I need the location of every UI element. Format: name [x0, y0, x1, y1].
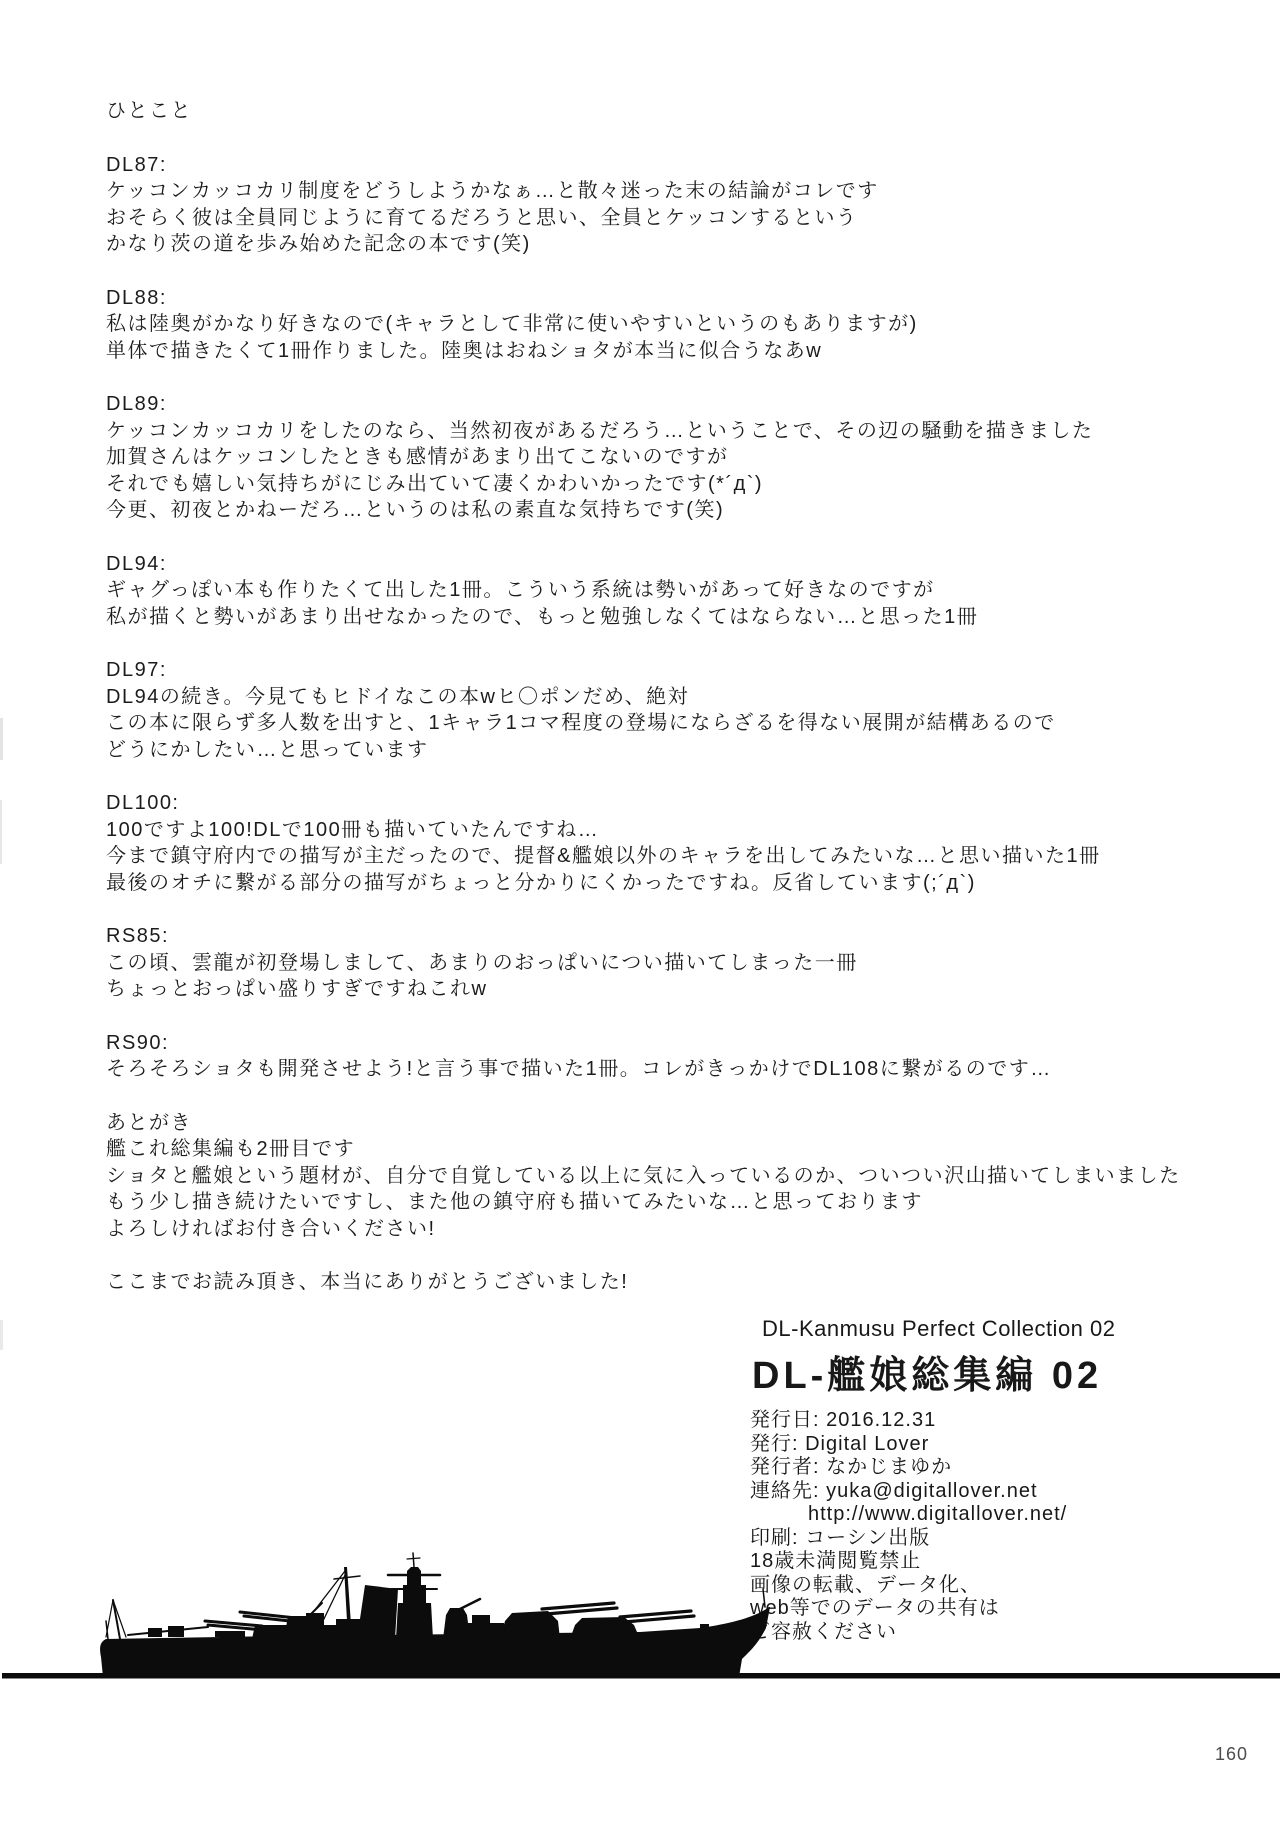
page-heading: ひとこと	[106, 98, 1196, 125]
comment-line: それでも嬉しい気持ちがにじみ出ていて凄くかわいかったです(*´д`)	[106, 471, 1196, 498]
afterword-label: あとがき	[106, 1110, 1196, 1137]
colophon-author: 発行者: なかじまゆか	[750, 1456, 1116, 1480]
afterword-section: あとがき 艦これ総集編も2冊目です ショタと艦娘という題材が、自分で自覚している…	[106, 1110, 1196, 1243]
comment-label: DL88:	[106, 285, 1196, 312]
colophon-publisher: 発行: Digital Lover	[750, 1433, 1116, 1457]
closing-thanks-section: ここまでお読み頂き、本当にありがとうございました!	[106, 1269, 1196, 1296]
comment-line: ケッコンカッコカリ制度をどうしようかなぁ…と散々迷った末の結論がコレです	[106, 178, 1196, 205]
comment-line: ギャグっぽい本も作りたくて出した1冊。こういう系統は勢いがあって好きなのですが	[106, 577, 1196, 604]
comment-line: 今まで鎮守府内での描写が主だったので、提督&艦娘以外のキャラを出してみたいな…と…	[106, 843, 1196, 870]
comment-rs90: RS90: そろそろショタも開発させよう!と言う事で描いた1冊。コレがきっかけで…	[106, 1030, 1196, 1083]
comment-label: RS90:	[106, 1030, 1196, 1057]
comment-line: ちょっとおっぱい盛りすぎですねこれw	[106, 976, 1196, 1003]
comment-label: DL100:	[106, 790, 1196, 817]
comment-label: DL97:	[106, 657, 1196, 684]
comment-line: この頃、雲龍が初登場しまして、あまりのおっぱいについ描いてしまった一冊	[106, 950, 1196, 977]
comment-dl88: DL88: 私は陸奥がかなり好きなので(キャラとして非常に使いやすいというのもあ…	[106, 285, 1196, 365]
comment-dl87: DL87: ケッコンカッコカリ制度をどうしようかなぁ…と散々迷った末の結論がコレ…	[106, 152, 1196, 258]
comment-label: DL87:	[106, 152, 1196, 179]
comment-line: 私が描くと勢いがあまり出せなかったので、もっと勉強しなくてはならない…と思った1…	[106, 604, 1196, 631]
scan-artifact	[0, 718, 3, 760]
comment-dl94: DL94: ギャグっぽい本も作りたくて出した1冊。こういう系統は勢いがあって好き…	[106, 551, 1196, 631]
closing-thanks: ここまでお読み頂き、本当にありがとうございました!	[106, 1269, 1196, 1296]
colophon-publish-date: 発行日: 2016.12.31	[750, 1409, 1116, 1433]
comment-label: DL89:	[106, 391, 1196, 418]
comment-line: 加賀さんはケッコンしたときも感情があまり出てこないのですが	[106, 444, 1196, 471]
afterword-line: 艦これ総集編も2冊目です	[106, 1136, 1196, 1163]
ship-funnel	[357, 1585, 398, 1639]
comment-line: そろそろショタも開発させよう!と言う事で描いた1冊。コレがきっかけでDL108に…	[106, 1056, 1196, 1083]
comment-dl100: DL100: 100ですよ100!DLで100冊も描いていたんですね… 今まで鎮…	[106, 790, 1196, 896]
comment-line: どうにかしたい…と思っています	[106, 737, 1196, 764]
book-title-jp: DL-艦娘総集編 02	[752, 1344, 1116, 1399]
scan-artifact	[0, 800, 2, 864]
series-title-en: DL-Kanmusu Perfect Collection 02	[762, 1316, 1116, 1342]
afterword-line: よろしければお付き合いください!	[106, 1216, 1196, 1243]
comment-line: 私は陸奥がかなり好きなので(キャラとして非常に使いやすいというのもありますが)	[106, 311, 1196, 338]
comment-label: RS85:	[106, 923, 1196, 950]
colophon-website-url: http://www.digitallover.net/	[750, 1503, 1116, 1527]
comment-line: おそらく彼は全員同じように育てるだろうと思い、全員とケッコンするという	[106, 205, 1196, 232]
comment-line: 100ですよ100!DLで100冊も描いていたんですね…	[106, 817, 1196, 844]
comment-dl97: DL97: DL94の続き。今見てもヒドイなこの本wヒ〇ポンだめ、絶対 この本に…	[106, 657, 1196, 763]
page-heading-section: ひとこと	[106, 98, 1196, 125]
comment-rs85: RS85: この頃、雲龍が初登場しまして、あまりのおっぱいについ描いてしまった一…	[106, 923, 1196, 1003]
battleship-silhouette-illustration	[0, 1545, 1280, 1685]
page-number: 160	[1215, 1744, 1248, 1765]
comment-dl89: DL89: ケッコンカッコカリをしたのなら、当然初夜があるだろう…ということで、…	[106, 391, 1196, 524]
comment-line: 単体で描きたくて1冊作りました。陸奥はおねショタが本当に似合うなあw	[106, 338, 1196, 365]
comment-line: ケッコンカッコカリをしたのなら、当然初夜があるだろう…ということで、その辺の騒動…	[106, 418, 1196, 445]
scan-artifact	[0, 1320, 3, 1350]
comment-line: かなり茨の道を歩み始めた記念の本です(笑)	[106, 231, 1196, 258]
comment-line: この本に限らず多人数を出すと、1キャラ1コマ程度の登場にならざるを得ない展開が結…	[106, 710, 1196, 737]
comments-column: ひとこと DL87: ケッコンカッコカリ制度をどうしようかなぁ…と散々迷った末の…	[106, 98, 1196, 1323]
comment-line: 最後のオチに繋がる部分の描写がちょっと分かりにくかったですね。反省しています(;…	[106, 870, 1196, 897]
ship-pagoda-tower	[396, 1567, 433, 1639]
comment-line: DL94の続き。今見てもヒドイなこの本wヒ〇ポンだめ、絶対	[106, 684, 1196, 711]
afterword-line: ショタと艦娘という題材が、自分で自覚している以上に気に入っているのか、ついつい沢…	[106, 1163, 1196, 1190]
comment-label: DL94:	[106, 551, 1196, 578]
afterword-line: もう少し描き続けたいですし、また他の鎮守府も描いてみたいな…と思っております	[106, 1189, 1196, 1216]
comment-line: 今更、初夜とかねーだろ…というのは私の素直な気持ちです(笑)	[106, 497, 1196, 524]
colophon-contact-email: 連絡先: yuka@digitallover.net	[750, 1480, 1116, 1504]
